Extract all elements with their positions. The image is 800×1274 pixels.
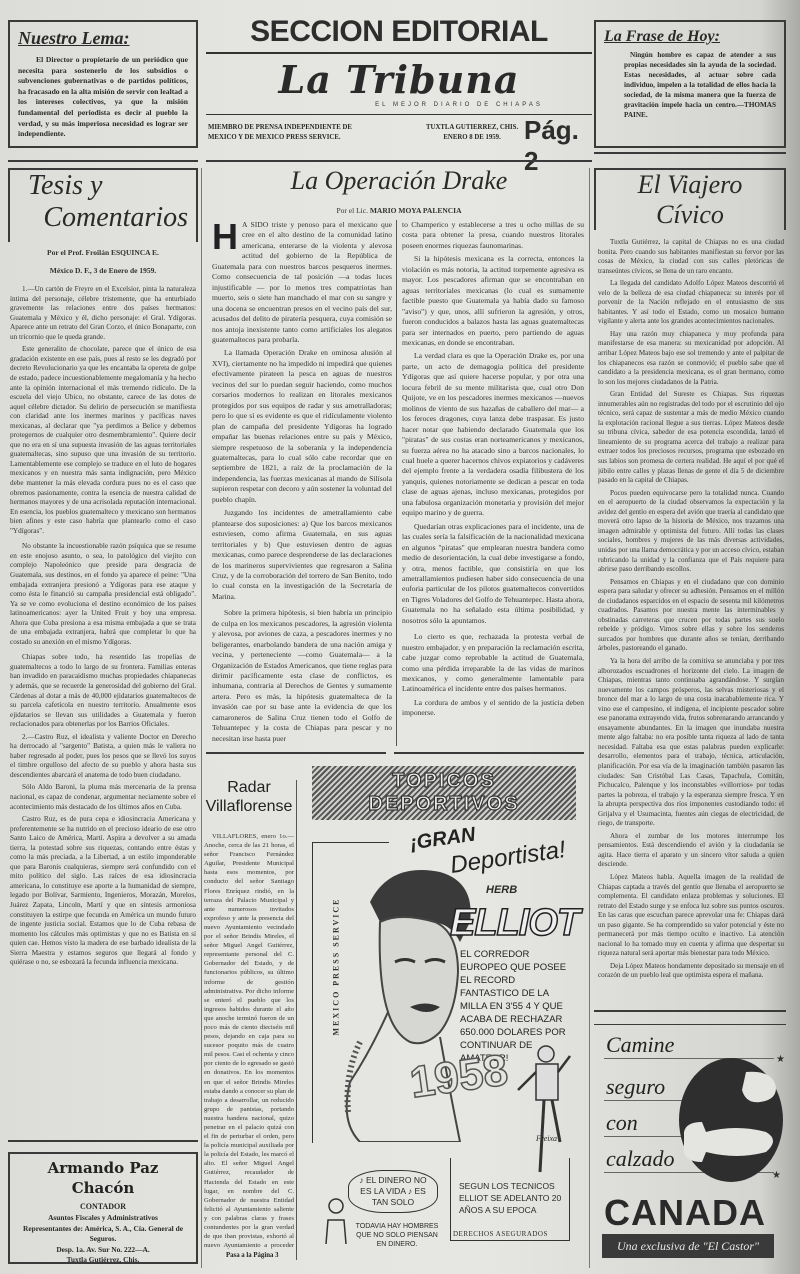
membership-line-2: MEXICO Y DE MEXICO PRESS SERVICE. bbox=[208, 133, 352, 143]
drake-column-2: to Champerico y establecerse a tres u oc… bbox=[402, 220, 584, 746]
athlete-first-name: HERB bbox=[486, 884, 517, 896]
edition-date: ENERO 8 DE 1959. bbox=[426, 133, 518, 143]
drake-byline-prefix: Por el Lic. bbox=[337, 206, 368, 215]
svg-text:★: ★ bbox=[772, 1170, 781, 1181]
radar-title-line-2: Villaflorense bbox=[204, 797, 294, 816]
ad-accountant-line-3: Desp. 1a. Av. Sur No. 222—A. bbox=[14, 1245, 192, 1256]
radar-title-line-1: Radar bbox=[204, 778, 294, 797]
motto-title: Nuestro Lema: bbox=[18, 28, 188, 49]
drake-byline: Por el Lic. MARIO MOYA PALENCIA bbox=[206, 206, 592, 215]
section-header: SECCION EDITORIAL La Tribuna EL MEJOR DI… bbox=[206, 14, 592, 157]
little-man-figure bbox=[322, 1196, 352, 1246]
tesis-paragraph: 1.—Un cartón de Freyre en el Excelsior, … bbox=[10, 285, 196, 342]
drake-paragraph: Quedarían otras explicaciones para el in… bbox=[402, 522, 584, 627]
viajero-paragraph: Pocos pueden equivocarse pero la totalid… bbox=[598, 489, 784, 575]
ad-accountant: Armando Paz Chacón CONTADOR Asuntos Fisc… bbox=[8, 1152, 198, 1264]
motto-box: Nuestro Lema: El Director o propietario … bbox=[8, 20, 198, 148]
viajero-article: Tuxtla Gutiérrez, la capital de Chiapas … bbox=[598, 238, 784, 1002]
radar-continued[interactable]: Pasa a la Página 3 bbox=[226, 1252, 279, 1259]
ad-accountant-line-2: Representantes de: América, S. A., Cía. … bbox=[14, 1224, 192, 1245]
radar-heading: Radar Villaflorense bbox=[204, 778, 294, 816]
viajero-paragraph: Gran Entidad del Sureste es Chiapas. Sus… bbox=[598, 390, 784, 485]
ad-canada: Camine seguro con calzado ★ ★ CANADA Una… bbox=[594, 1028, 786, 1264]
caption-box: SEGUN LOS TECNICOS ELLIOT SE ADELANTO 20… bbox=[450, 1158, 570, 1241]
viajero-paragraph: Ya la hora del arribo de la comitiva se … bbox=[598, 657, 784, 829]
ad-accountant-line-1: Asuntos Fiscales y Administrativos bbox=[14, 1213, 192, 1224]
masthead-tagline: EL MEJOR DIARIO DE CHIAPAS bbox=[326, 102, 592, 108]
viajero-heading-box: El Viajero Cívico bbox=[594, 168, 786, 230]
tesis-paragraph: Este generalito de chocolate, parece que… bbox=[10, 345, 196, 536]
drake-paragraph: Lo cierto es que, rechazada la protesta … bbox=[402, 632, 584, 695]
viajero-title-line-1: El Viajero bbox=[596, 170, 784, 200]
tesis-paragraph: No obstante la incuestionable razón psíq… bbox=[10, 542, 196, 647]
svg-text:★: ★ bbox=[776, 1054, 785, 1065]
tesis-article: Por el Prof. Froilán ESQUINCA E. México … bbox=[10, 248, 196, 1163]
radar-article: VILLAFLORES, enero 1o.— Anoche, cerca de… bbox=[204, 832, 294, 1250]
viajero-paragraph: Hay una razón muy chiapaneca y muy profu… bbox=[598, 330, 784, 387]
artist-signature: Freixa bbox=[536, 1134, 557, 1143]
viajero-paragraph: Tuxtla Gutiérrez, la capital de Chiapas … bbox=[598, 238, 784, 276]
radar-text: VILLAFLORES, enero 1o.— Anoche, cerca de… bbox=[204, 832, 294, 1250]
speech-bubble: ♪ EL DINERO NO ES LA VIDA ♪ ES TAN SOLO bbox=[348, 1170, 438, 1213]
ad-accountant-title: CONTADOR bbox=[14, 1200, 192, 1213]
membership-line-1: MIEMBRO DE PRENSA INDEPENDIENTE DE bbox=[208, 123, 352, 133]
drake-paragraph: Sobre la primera hipótesis, si bien habr… bbox=[212, 608, 392, 744]
viajero-paragraph: Deja López Mateos hondamente depositado … bbox=[598, 962, 784, 981]
drake-author: MARIO MOYA PALENCIA bbox=[370, 206, 462, 215]
ad-accountant-name: Armando Paz Chacón bbox=[14, 1158, 192, 1198]
sports-cartoon: TOPICOS DEPORTIVOS MEXICO PRESS SERVICE … bbox=[300, 762, 586, 1262]
section-title: SECCION EDITORIAL bbox=[206, 14, 592, 50]
tesis-paragraph: Castro Ruz, es de pura cepa e idiosincra… bbox=[10, 815, 196, 968]
caption-right: SEGUN LOS TECNICOS ELLIOT SE ADELANTO 20… bbox=[459, 1180, 563, 1216]
ad-canada-line-3: con bbox=[606, 1110, 638, 1136]
quote-text: Ningún hombre es capaz de atender a sus … bbox=[604, 50, 776, 120]
drake-paragraph: La verdad clara es que la Operación Drak… bbox=[402, 351, 584, 518]
masthead-logo: La Tribuna bbox=[206, 58, 592, 102]
ad-canada-brand: CANADA bbox=[604, 1192, 766, 1234]
quote-box: La Frase de Hoy: Ningún hombre es capaz … bbox=[594, 20, 786, 148]
tesis-paragraph: Chiapas sobre todo, ha resentido las tro… bbox=[10, 653, 196, 729]
viajero-paragraph: Ahora el zumbar de los motores interrump… bbox=[598, 832, 784, 870]
viajero-paragraph: La llegada del candidato Adolfo López Ma… bbox=[598, 279, 784, 327]
tesis-byline: Por el Prof. Froilán ESQUINCA E. bbox=[10, 248, 196, 258]
membership-info: MIEMBRO DE PRENSA INDEPENDIENTE DE MEXIC… bbox=[208, 123, 352, 143]
shoeprint-logo: ★ ★ bbox=[676, 1048, 786, 1188]
drake-paragraph: Juzgando los incidentes de ametrallamien… bbox=[212, 508, 392, 602]
athlete-last-name: ELLIOT bbox=[450, 902, 579, 945]
ad-canada-line-2: seguro bbox=[606, 1074, 665, 1100]
drake-paragraph: to Champerico y establecerse a tres u oc… bbox=[402, 220, 584, 251]
motto-text: El Director o propietario de un periódic… bbox=[18, 55, 188, 140]
drake-column-1: H A SIDO triste y penoso para el mexican… bbox=[212, 220, 392, 746]
rights-reserved: DERECHOS ASEGURADOS bbox=[453, 1230, 548, 1238]
ad-accountant-line-4: Tuxtla Gutiérrez, Chis. bbox=[14, 1255, 192, 1266]
tesis-dateline: México D. F., 3 de Enero de 1959. bbox=[10, 266, 196, 276]
drake-paragraph: Si la hipótesis mexicana es la correcta,… bbox=[402, 254, 584, 348]
tesis-heading-box: Tesis y Comentarios bbox=[8, 168, 198, 242]
edition-info: TUXTLA GUTIERREZ, CHIS. ENERO 8 DE 1959. bbox=[426, 123, 518, 143]
ad-canada-tagline: Una exclusiva de "El Castor" bbox=[602, 1234, 774, 1258]
viajero-paragraph: Pensamos en Chiapas y en el ciudadano qu… bbox=[598, 578, 784, 654]
tesis-title-line-1: Tesis y bbox=[10, 170, 196, 202]
drake-paragraph: A SIDO triste y penoso para el mexicano … bbox=[212, 220, 392, 345]
quote-title: La Frase de Hoy: bbox=[604, 28, 776, 46]
drake-paragraph: La llamada Operación Drake en ominosa al… bbox=[212, 348, 392, 505]
viajero-paragraph: López Mateos habla. Aquella imagen de la… bbox=[598, 873, 784, 959]
viajero-title-line-2: Cívico bbox=[596, 200, 784, 230]
tesis-title-line-2: Comentarios bbox=[10, 202, 196, 234]
sports-banner: TOPICOS DEPORTIVOS bbox=[312, 766, 576, 820]
drake-paragraph: La cordura de ambos y el sentido de la j… bbox=[402, 698, 584, 719]
tesis-paragraph: 2.—Castro Ruz, el idealista y valiente D… bbox=[10, 733, 196, 781]
caption-left: TODAVIA HAY HOMBRES QUE NO SOLO PIENSAN … bbox=[352, 1222, 442, 1249]
edition-location: TUXTLA GUTIERREZ, CHIS. bbox=[426, 123, 518, 133]
tesis-paragraph: Sólo Aldo Baroni, la pluma más mercenari… bbox=[10, 783, 196, 812]
drake-dropcap: H bbox=[212, 222, 238, 252]
ad-canada-line-4: calzado bbox=[606, 1146, 674, 1172]
ad-canada-line-1: Camine bbox=[606, 1032, 674, 1058]
newspaper-page: Nuestro Lema: El Director o propietario … bbox=[0, 0, 800, 1274]
drake-title: La Operación Drake bbox=[206, 166, 592, 196]
